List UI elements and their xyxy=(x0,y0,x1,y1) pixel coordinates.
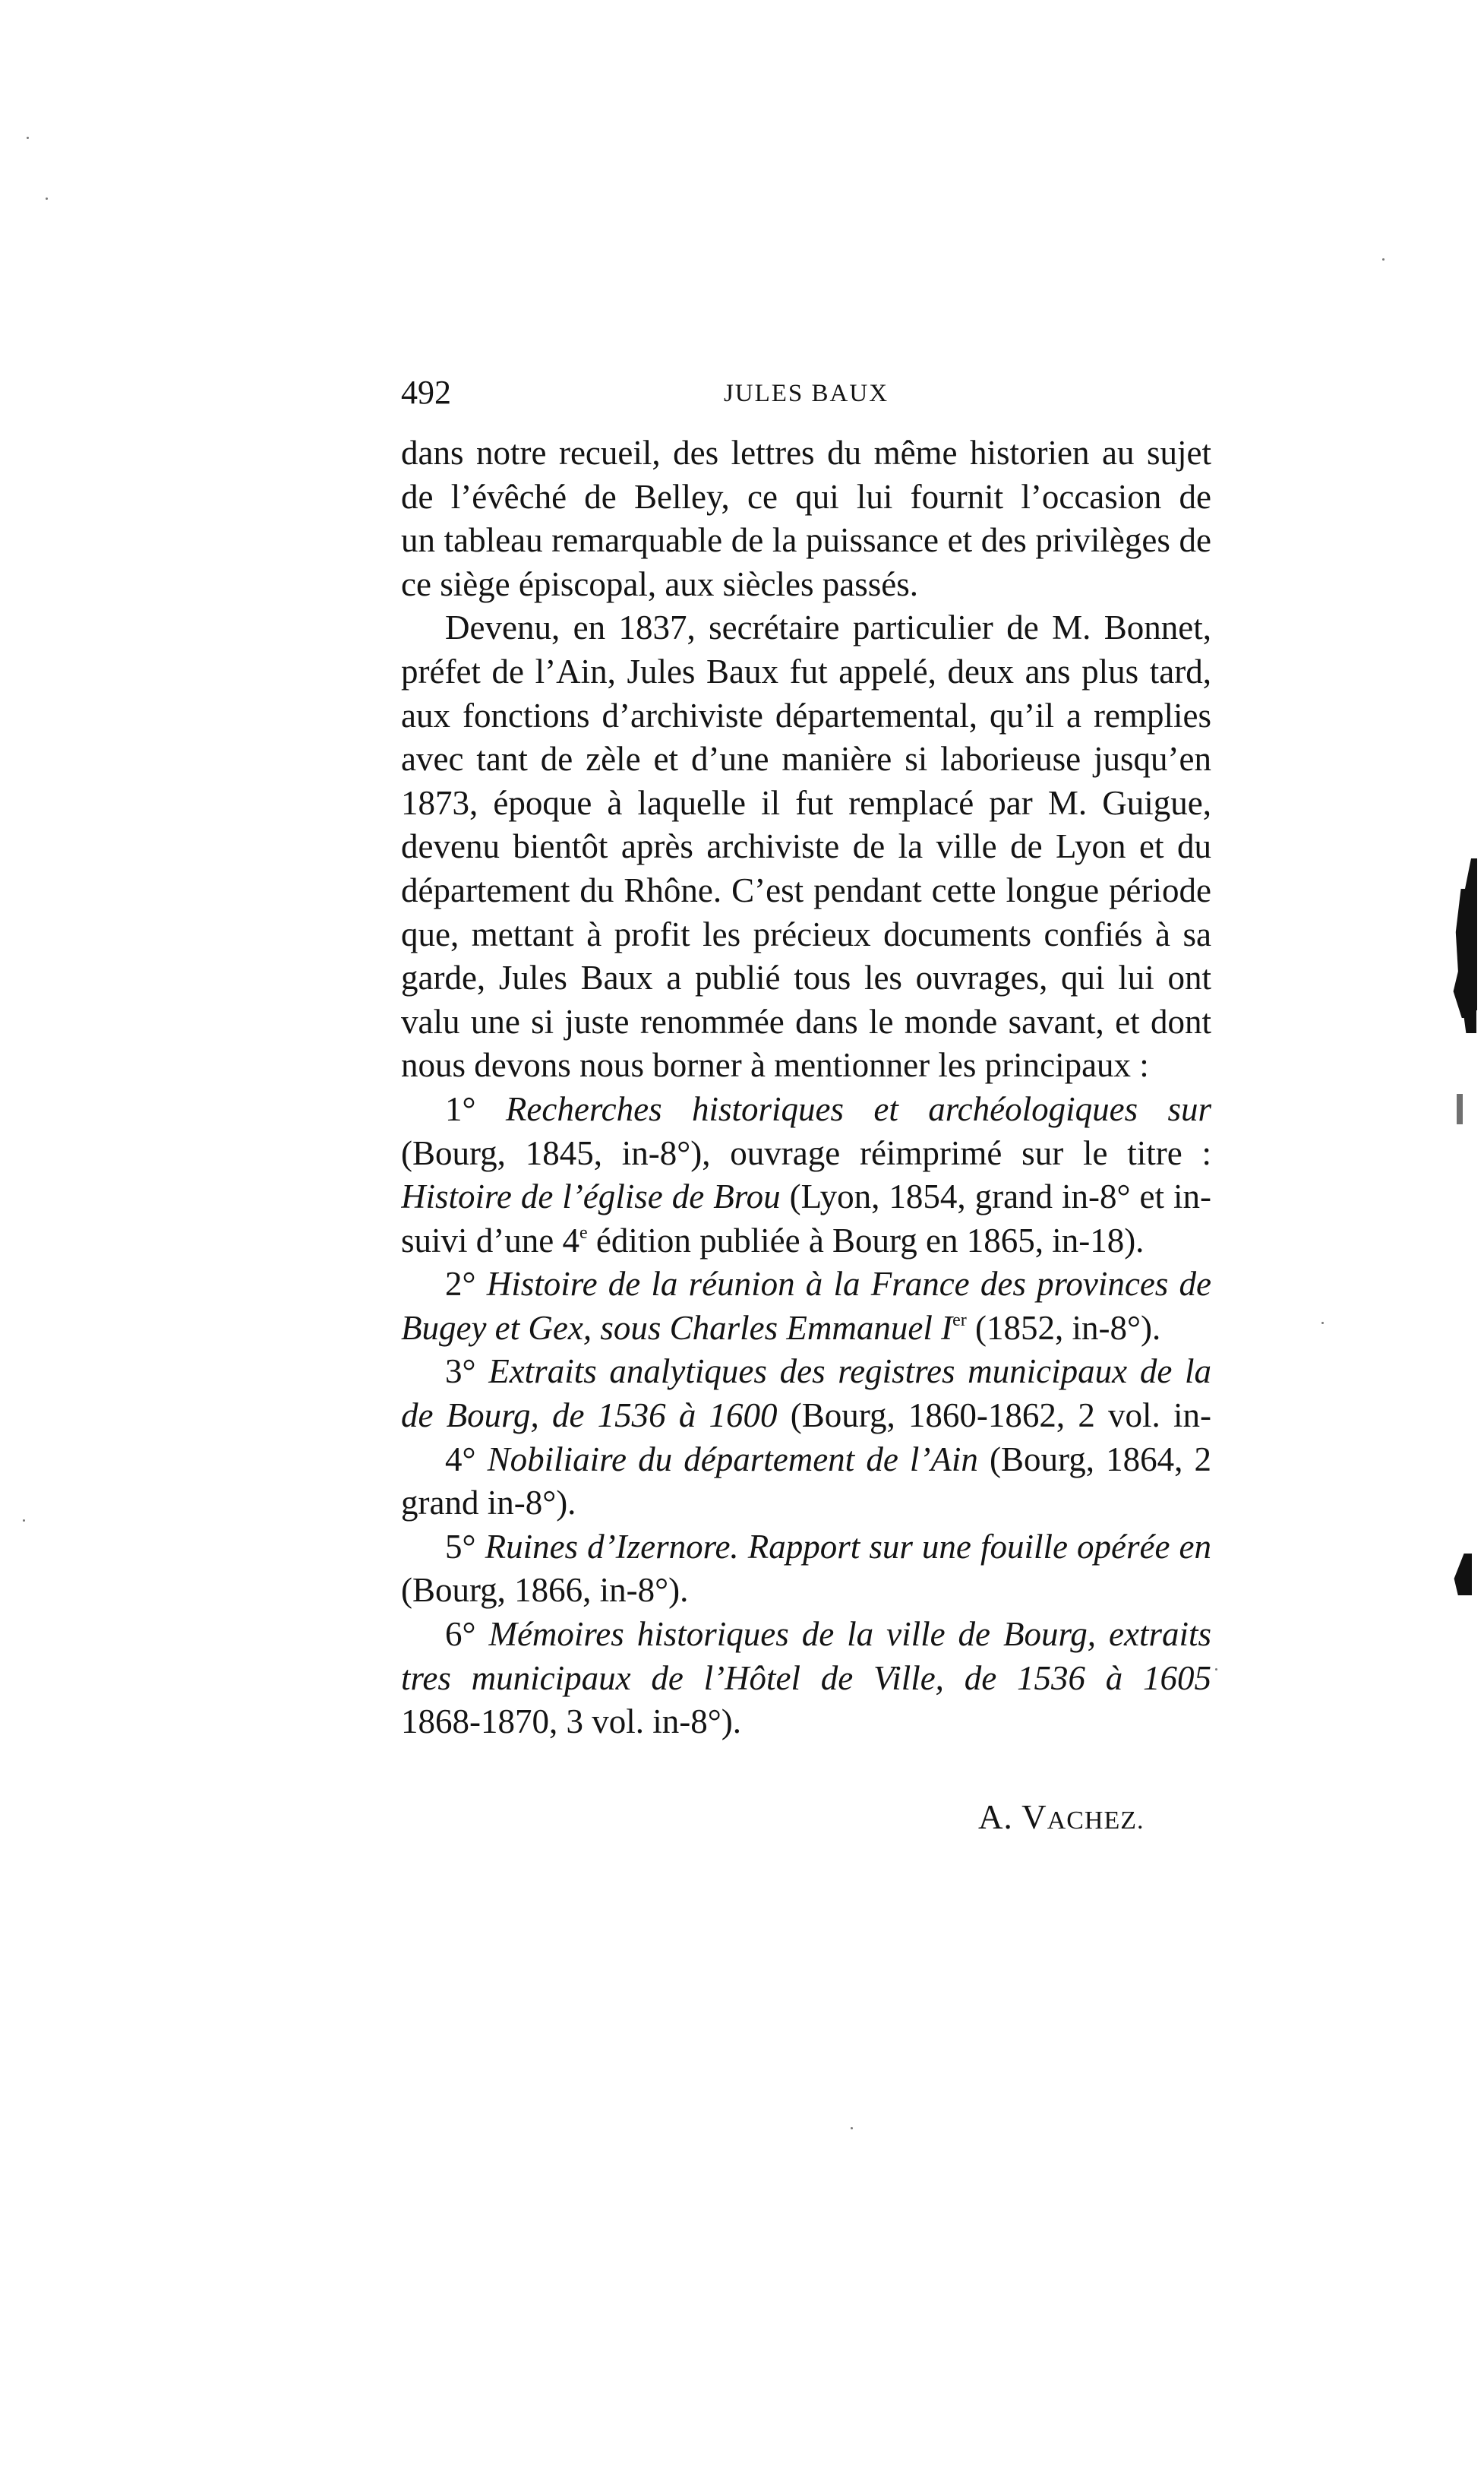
scan-speck xyxy=(23,1519,25,1522)
text-segment: 6° xyxy=(445,1615,488,1653)
author-signature: A. VACHEZ. xyxy=(978,1796,1145,1842)
text-line: 5° Ruines d’Izernore. Rapport sur une fo… xyxy=(401,1525,1211,1569)
text-segment: édition publiée à Bourg en 1865, in-18). xyxy=(588,1222,1145,1260)
text-line: 2° Histoire de la réunion à la France de… xyxy=(401,1263,1211,1307)
running-head: 492 JULES BAUX xyxy=(401,374,1211,412)
text-segment: 1° xyxy=(445,1090,506,1128)
italic-title-segment: tres municipaux de l’Hôtel de Ville, de … xyxy=(401,1659,1211,1697)
text-line: suivi d’une 4e édition publiée à Bourg e… xyxy=(401,1219,1211,1263)
text-segment: avec tant de zèle et d’une manière si la… xyxy=(401,740,1211,778)
text-line: 1873, époque à laquelle il fut remplacé … xyxy=(401,782,1211,826)
bibliography-item: 4° Nobiliaire du département de l’Ain (B… xyxy=(401,1438,1211,1525)
text-line: ce siège épiscopal, aux siècles passés. xyxy=(401,563,1211,607)
text-segment: que, mettant à profit les précieux docum… xyxy=(401,915,1211,953)
signature-surname-smallcaps: ACHEZ. xyxy=(1047,1806,1145,1835)
text-line: grand in-8°). xyxy=(401,1481,1211,1525)
text-segment: (1852, in-8°). xyxy=(967,1309,1160,1347)
text-line: que, mettant à profit les précieux docum… xyxy=(401,913,1211,957)
superscript: er xyxy=(952,1310,967,1330)
scan-artifact-edge-mark xyxy=(1452,1554,1472,1595)
text-segment: un tableau remarquable de la puissance e… xyxy=(401,521,1211,559)
bibliography-item: 5° Ruines d’Izernore. Rapport sur une fo… xyxy=(401,1525,1211,1613)
paragraph: dans notre recueil, des lettres du même … xyxy=(401,431,1211,606)
text-line: Histoire de l’église de Brou (Lyon, 1854… xyxy=(401,1175,1211,1219)
text-segment: (Bourg, 1866, in-8°). xyxy=(401,1571,688,1609)
italic-title-segment: Bugey et Gex, sous Charles Emmanuel I xyxy=(401,1309,952,1347)
text-line: valu une si juste renommée dans le monde… xyxy=(401,1000,1211,1045)
text-segment: garde, Jules Baux a publié tous les ouvr… xyxy=(401,959,1211,997)
text-segment: 5° xyxy=(445,1528,485,1566)
scan-speck xyxy=(27,137,29,139)
scan-speck xyxy=(46,198,48,200)
text-segment: 1873, époque à laquelle il fut remplacé … xyxy=(401,784,1211,822)
text-line: (Bourg, 1845, in-8°), ouvrage réimprimé … xyxy=(401,1132,1211,1176)
text-segment: département du Rhône. C’est pendant cett… xyxy=(401,871,1211,909)
body-text: dans notre recueil, des lettres du même … xyxy=(401,431,1211,1744)
text-line: de Bourg, de 1536 à 1600 (Bourg, 1860-18… xyxy=(401,1394,1211,1438)
document-page: 492 JULES BAUX dans notre recueil, des l… xyxy=(0,0,1484,2475)
paragraph: Devenu, en 1837, secrétaire particulier … xyxy=(401,606,1211,1088)
text-line: de l’évêché de Belley, ce qui lui fourni… xyxy=(401,476,1211,520)
text-line: 4° Nobiliaire du département de l’Ain (B… xyxy=(401,1438,1211,1482)
signature-initial: A. V xyxy=(978,1798,1047,1836)
text-line: un tableau remarquable de la puissance e… xyxy=(401,519,1211,563)
bibliography-item: 3° Extraits analytiques des registres mu… xyxy=(401,1350,1211,1437)
bibliography-item: 1° Recherches historiques et archéologiq… xyxy=(401,1088,1211,1263)
text-segment: 3° xyxy=(445,1352,488,1390)
text-line: 1868-1870, 3 vol. in-8°). xyxy=(401,1700,1211,1744)
italic-title-segment: Extraits analytiques des registres munic… xyxy=(445,1352,1211,1394)
text-segment: suivi d’une 4 xyxy=(401,1222,579,1260)
text-segment: devenu bientôt après archiviste de la vi… xyxy=(401,827,1211,865)
italic-title-segment: de Bourg, de 1536 à 1600 xyxy=(401,1396,778,1434)
text-segment: préfet de l’Ain, Jules Baux fut appelé, … xyxy=(401,653,1211,691)
scan-speck xyxy=(851,2127,853,2129)
italic-title-segment: Ruines d’Izernore. Rapport sur une fouil… xyxy=(445,1528,1211,1569)
italic-title-segment: Histoire de la réunion à la France des p… xyxy=(445,1265,1211,1307)
scan-speck xyxy=(1215,1668,1217,1671)
text-segment: 1868-1870, 3 vol. in-8°). xyxy=(401,1702,741,1740)
scan-speck xyxy=(1382,258,1385,261)
bibliography-item: 2° Histoire de la réunion à la France de… xyxy=(401,1263,1211,1350)
text-segment: valu une si juste renommée dans le monde… xyxy=(401,1003,1211,1041)
text-line: tres municipaux de l’Hôtel de Ville, de … xyxy=(401,1657,1211,1701)
text-segment: (Bourg, 1845, in-8°), ouvrage réimprimé … xyxy=(401,1134,1211,1172)
scan-speck xyxy=(1321,1322,1324,1324)
text-segment: Devenu, en 1837, secrétaire particulier … xyxy=(445,608,1211,646)
text-segment: grand in-8°). xyxy=(401,1484,576,1522)
text-line: préfet de l’Ain, Jules Baux fut appelé, … xyxy=(401,650,1211,694)
bibliography-item: 6° Mémoires historiques de la ville de B… xyxy=(401,1613,1211,1744)
text-line: nous devons nous borner à mentionner les… xyxy=(401,1044,1211,1088)
text-line: 1° Recherches historiques et archéologiq… xyxy=(401,1088,1211,1132)
scan-artifact-edge-mark xyxy=(1449,965,1470,1018)
italic-title-segment: Nobiliaire du département de l’Ain xyxy=(488,1440,978,1478)
text-line: garde, Jules Baux a publié tous les ouvr… xyxy=(401,956,1211,1000)
text-segment: 2° xyxy=(445,1265,487,1303)
scan-artifact-edge-mark xyxy=(1457,1094,1463,1124)
text-line: devenu bientôt après archiviste de la vi… xyxy=(401,825,1211,869)
italic-title-segment: Histoire de l’église de Brou xyxy=(401,1177,781,1215)
running-title: JULES BAUX xyxy=(401,377,1211,410)
text-line: dans notre recueil, des lettres du même … xyxy=(401,431,1211,476)
superscript: e xyxy=(579,1223,588,1243)
text-segment: ce siège épiscopal, aux siècles passés. xyxy=(401,565,918,603)
text-line: département du Rhône. C’est pendant cett… xyxy=(401,869,1211,913)
text-line: aux fonctions d’archiviste départemental… xyxy=(401,694,1211,738)
text-line: 3° Extraits analytiques des registres mu… xyxy=(401,1350,1211,1394)
text-line: 6° Mémoires historiques de la ville de B… xyxy=(401,1613,1211,1657)
text-segment: dans notre recueil, des lettres du même … xyxy=(401,434,1211,472)
text-segment: nous devons nous borner à mentionner les… xyxy=(401,1046,1149,1084)
text-line: avec tant de zèle et d’une manière si la… xyxy=(401,738,1211,782)
scan-speck xyxy=(949,501,952,504)
text-line: Bugey et Gex, sous Charles Emmanuel Ier … xyxy=(401,1307,1211,1351)
text-segment: aux fonctions d’archiviste départemental… xyxy=(401,697,1211,735)
text-line: (Bourg, 1866, in-8°). xyxy=(401,1569,1211,1613)
text-segment: 4° xyxy=(445,1440,488,1478)
text-line: Devenu, en 1837, secrétaire particulier … xyxy=(401,606,1211,650)
italic-title-segment: Mémoires historiques de la ville de Bour… xyxy=(445,1615,1211,1657)
text-segment: de l’évêché de Belley, ce qui lui fourni… xyxy=(401,478,1211,520)
italic-title-segment: Recherches historiques et archéologiques… xyxy=(445,1090,1211,1132)
